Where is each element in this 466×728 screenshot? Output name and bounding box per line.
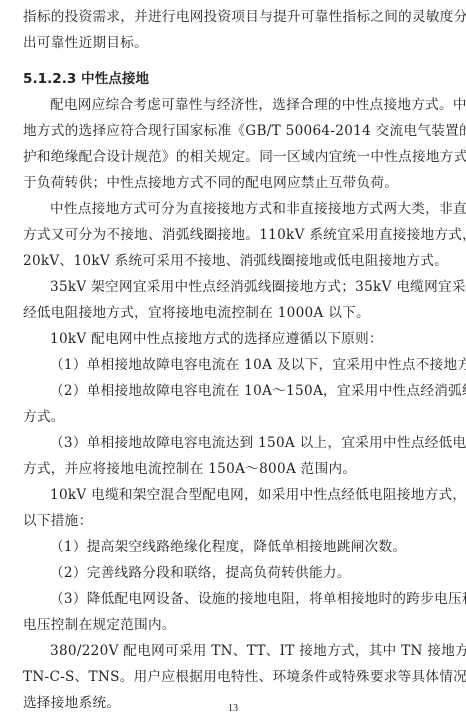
text-line: 护和绝缘配合设计规范》的相关规定。同一区域内宜统一中性点接地方式，以利	[23, 144, 441, 170]
text-line: TN-C-S、TNS。用户应根据用电特性、环境条件或特殊要求等具体情况，正确	[23, 664, 441, 690]
list-item-1: （1）单相接地故障电容电流在 10A 及以下，宜采用中性点不接地方式。	[23, 352, 441, 378]
document-page: 指标的投资需求，并进行电网投资项目与提升可靠性指标之间的灵敏度分析，提 出可靠性…	[23, 4, 441, 716]
text-line: 380/220V 配电网可采用 TN、TT、IT 接地方式，其中 TN 接地方式…	[23, 638, 441, 664]
text-line: 电压控制在规定范围内。	[23, 612, 441, 638]
text-line: 10kV 电缆和架空混合型配电网，如采用中性点经低电阻接地方式，应采取	[23, 482, 441, 508]
text-line: 方式又可分为不接地、消弧线圈接地。110kV 系统宜采用直接接地方式，35kV、	[23, 222, 441, 248]
text-line: 指标的投资需求，并进行电网投资项目与提升可靠性指标之间的灵敏度分析，提	[23, 4, 441, 30]
text-line: 10kV 配电网中性点接地方式的选择应遵循以下原则：	[23, 326, 441, 352]
paragraph-1: 配电网应综合考虑可靠性与经济性，选择合理的中性点接地方式。中性点接 地方式的选择…	[23, 92, 441, 196]
section-heading: 5.1.2.3 中性点接地	[23, 66, 441, 92]
text-line: （1）提高架空线路绝缘化程度，降低单相接地跳闸次数。	[23, 534, 441, 560]
text-line: （3）降低配电网设备、设施的接地电阻，将单相接地时的跨步电压和接触	[23, 586, 441, 612]
list-item-2: （2）单相接地故障电容电流在 10A～150A，宜采用中性点经消弧线圈接地 方式…	[23, 378, 441, 430]
paragraph-2: 中性点接地方式可分为直接接地方式和非直接接地方式两大类，非直接接地 方式又可分为…	[23, 196, 441, 274]
text-line: 35kV 架空网宜采用中性点经消弧线圈接地方式；35kV 电缆网宜采用中性点	[23, 274, 441, 300]
text-line: （2）单相接地故障电容电流在 10A～150A，宜采用中性点经消弧线圈接地	[23, 378, 441, 404]
text-line: 配电网应综合考虑可靠性与经济性，选择合理的中性点接地方式。中性点接	[23, 92, 441, 118]
text-line: 出可靠性近期目标。	[23, 30, 441, 56]
text-line: （2）完善线路分段和联络，提高负荷转供能力。	[23, 560, 441, 586]
text-line: 方式，并应将接地电流控制在 150A～800A 范围内。	[23, 456, 441, 482]
text-line: 地方式的选择应符合现行国家标准《GB/T 50064-2014 交流电气装置的过…	[23, 118, 441, 144]
measure-item-2: （2）完善线路分段和联络，提高负荷转供能力。	[23, 560, 441, 586]
text-line: （1）单相接地故障电容电流在 10A 及以下，宜采用中性点不接地方式。	[23, 352, 441, 378]
text-line: （3）单相接地故障电容电流达到 150A 以上，宜采用中性点经低电阻接地	[23, 430, 441, 456]
page-number: 13	[0, 703, 466, 714]
text-line: 经低电阻接地方式，宜将接地电流控制在 1000A 以下。	[23, 300, 441, 326]
continuation-paragraph: 指标的投资需求，并进行电网投资项目与提升可靠性指标之间的灵敏度分析，提 出可靠性…	[23, 4, 441, 56]
measure-item-1: （1）提高架空线路绝缘化程度，降低单相接地跳闸次数。	[23, 534, 441, 560]
paragraph-4: 10kV 配电网中性点接地方式的选择应遵循以下原则：	[23, 326, 441, 352]
text-line: 方式。	[23, 404, 441, 430]
text-line: 以下措施：	[23, 508, 441, 534]
text-line: 20kV、10kV 系统可采用不接地、消弧线圈接地或低电阻接地方式。	[23, 248, 441, 274]
text-line: 于负荷转供；中性点接地方式不同的配电网应禁止互带负荷。	[23, 170, 441, 196]
measure-item-3: （3）降低配电网设备、设施的接地电阻，将单相接地时的跨步电压和接触 电压控制在规…	[23, 586, 441, 638]
paragraph-3: 35kV 架空网宜采用中性点经消弧线圈接地方式；35kV 电缆网宜采用中性点 经…	[23, 274, 441, 326]
text-line: 中性点接地方式可分为直接接地方式和非直接接地方式两大类，非直接接地	[23, 196, 441, 222]
paragraph-5: 10kV 电缆和架空混合型配电网，如采用中性点经低电阻接地方式，应采取 以下措施…	[23, 482, 441, 534]
list-item-3: （3）单相接地故障电容电流达到 150A 以上，宜采用中性点经低电阻接地 方式，…	[23, 430, 441, 482]
